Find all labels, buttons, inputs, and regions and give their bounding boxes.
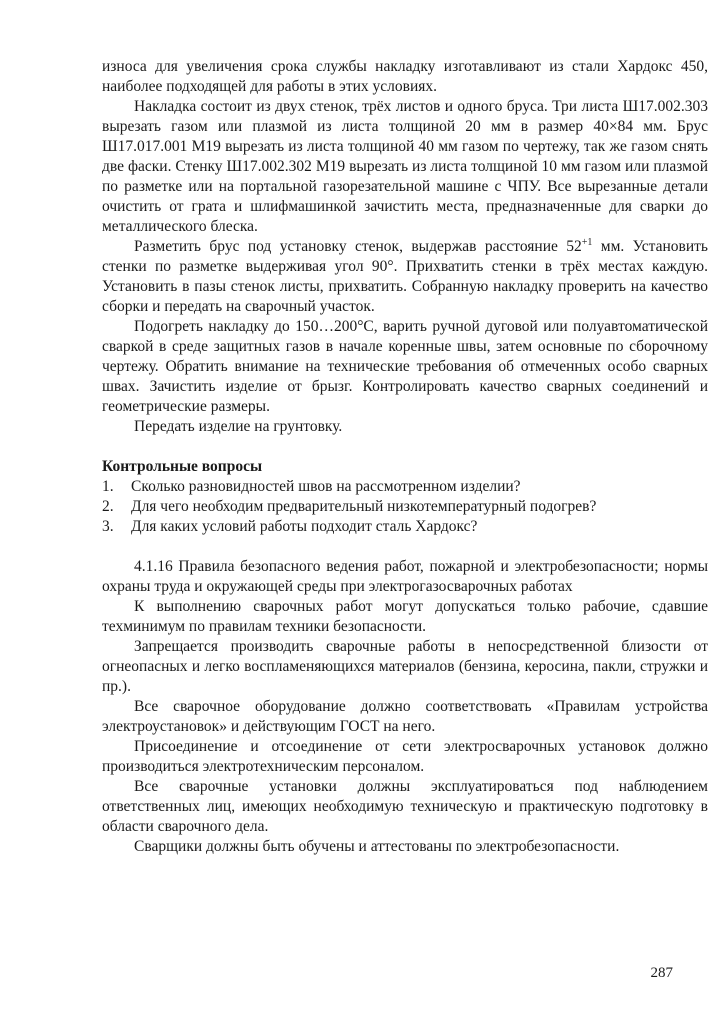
control-questions-heading: Контрольные вопросы <box>102 457 708 477</box>
question-number: 2. <box>102 497 131 517</box>
primer-paragraph: Передать изделие на грунтовку. <box>102 417 708 437</box>
question-text: Для чего необходим предварительный низко… <box>131 497 708 517</box>
question-text: Для каких условий работы подходит сталь … <box>131 517 708 537</box>
section-4-1-16-paragraph: 4.1.16 Правила безопасного ведения работ… <box>102 557 708 597</box>
safety-paragraph-1: К выполнению сварочных работ могут допус… <box>102 597 708 637</box>
safety-paragraph-3: Все сварочное оборудование должно соотве… <box>102 697 708 737</box>
question-item-1: 1. Сколько разновидностей швов на рассмо… <box>102 477 708 497</box>
blank-line <box>102 437 708 457</box>
safety-paragraph-6: Сварщики должны быть обучены и аттестова… <box>102 837 708 857</box>
question-number: 3. <box>102 517 131 537</box>
safety-paragraph-4: Присоединение и отсоединение от сети эле… <box>102 737 708 777</box>
blank-line <box>102 537 708 557</box>
document-page: износа для увеличения срока службы накла… <box>0 0 724 1024</box>
question-text: Сколько разновидностей швов на рассмотре… <box>131 477 708 497</box>
tolerance-superscript: +1 <box>582 237 593 248</box>
question-item-3: 3. Для каких условий работы подходит ста… <box>102 517 708 537</box>
text-block: износа для увеличения срока службы накла… <box>102 57 708 857</box>
welding-paragraph: Подогреть накладку до 150…200°С, варить … <box>102 317 708 417</box>
marking-paragraph-text: Разметить брус под установку стенок, выд… <box>134 238 582 255</box>
safety-paragraph-2: Запрещается производить сварочные работы… <box>102 637 708 697</box>
question-number: 1. <box>102 477 131 497</box>
assembly-paragraph: Накладка состоит из двух стенок, трёх ли… <box>102 97 708 237</box>
page-number: 287 <box>651 963 674 983</box>
question-item-2: 2. Для чего необходим предварительный ни… <box>102 497 708 517</box>
safety-paragraph-5: Все сварочные установки должны эксплуати… <box>102 777 708 837</box>
marking-paragraph: Разметить брус под установку стенок, выд… <box>102 237 708 317</box>
continuation-paragraph: износа для увеличения срока службы накла… <box>102 57 708 97</box>
